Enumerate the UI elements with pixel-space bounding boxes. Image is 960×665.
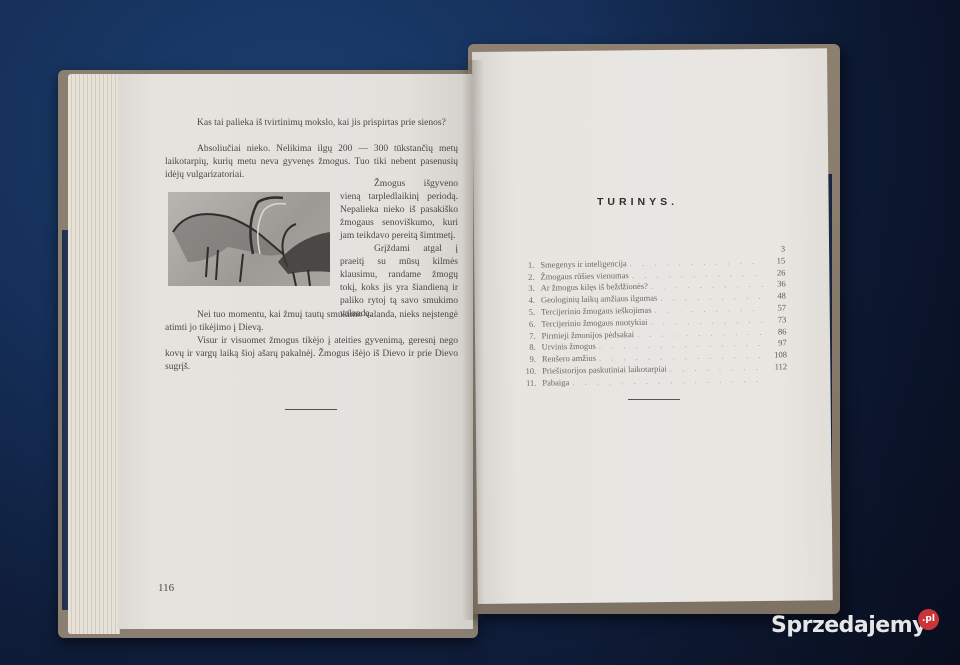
left-paragraph-2: Absoliučiai nieko. Nelikima ilgų 200 — 3… (165, 143, 458, 182)
toc-page: 57 (768, 302, 786, 314)
toc-page: 86 (768, 326, 786, 338)
paragraph-text: Nei tuo momentu, kai žmuį tautų smukimo … (165, 309, 458, 335)
toc-page: 3 (767, 243, 785, 255)
toc-number: 11. (522, 378, 536, 390)
paragraph-text: Absoliučiai nieko. Nelikima ilgų 200 — 3… (165, 143, 458, 182)
toc-number: 4. (521, 295, 535, 307)
toc-number: 6. (521, 319, 535, 331)
toc-title-text: Urvinis žmogus (542, 341, 596, 354)
toc-page: 97 (769, 338, 787, 350)
toc-page: 108 (769, 350, 787, 362)
section-divider (285, 409, 337, 410)
page-number: 116 (158, 582, 174, 594)
page-edges (68, 74, 120, 634)
toc-title: TURINYS. (597, 196, 678, 208)
sprzedajemy-watermark: Sprzedajemy (771, 613, 926, 638)
toc-title-text: Pabaiga (542, 377, 569, 389)
toc-page: 26 (767, 267, 785, 279)
toc-page: 36 (768, 279, 786, 291)
toc-number: 9. (522, 354, 536, 366)
left-paragraph-4: Visur ir visuomet žmogus tikėjo į ateiti… (165, 335, 458, 374)
toc-number: 2. (520, 271, 534, 283)
paragraph-text: Visur ir visuomet žmogus tikėjo į ateiti… (165, 335, 458, 374)
pl-badge-icon: .pl (918, 609, 939, 630)
left-paragraph-3: Nei tuo momentu, kai žmuį tautų smukimo … (165, 309, 458, 335)
toc-number: 7. (521, 330, 535, 342)
cave-painting-figure (168, 192, 330, 286)
toc-number: 3. (521, 283, 535, 295)
toc-title-text: Renšero amžius (542, 353, 596, 366)
toc-number: 5. (521, 307, 535, 319)
left-side-column: Žmogus išgyveno vieną tarpledlaikinį per… (340, 178, 458, 321)
section-divider (628, 399, 680, 400)
toc-leader (543, 252, 764, 256)
book-gutter (462, 60, 484, 620)
toc-page: 73 (768, 314, 786, 326)
toc-page: 15 (767, 255, 785, 267)
toc-page: 48 (768, 291, 786, 303)
toc-number: 10. (522, 366, 536, 378)
table-of-contents: 3 1.Smegenys ir inteligencija. . . . . .… (520, 243, 787, 389)
paragraph-text: Žmogus išgyveno vieną tarpledlaikinį per… (340, 178, 458, 243)
toc-number: 1. (520, 260, 534, 272)
left-paragraph-1: Kas tai palieka iš tvirtinimų mokslo, ka… (165, 117, 458, 130)
paragraph-text: Kas tai palieka iš tvirtinimų mokslo, ka… (165, 117, 458, 130)
toc-page: 112 (769, 361, 787, 373)
toc-number: 8. (522, 342, 536, 354)
reindeer-illustration-icon (168, 192, 330, 286)
